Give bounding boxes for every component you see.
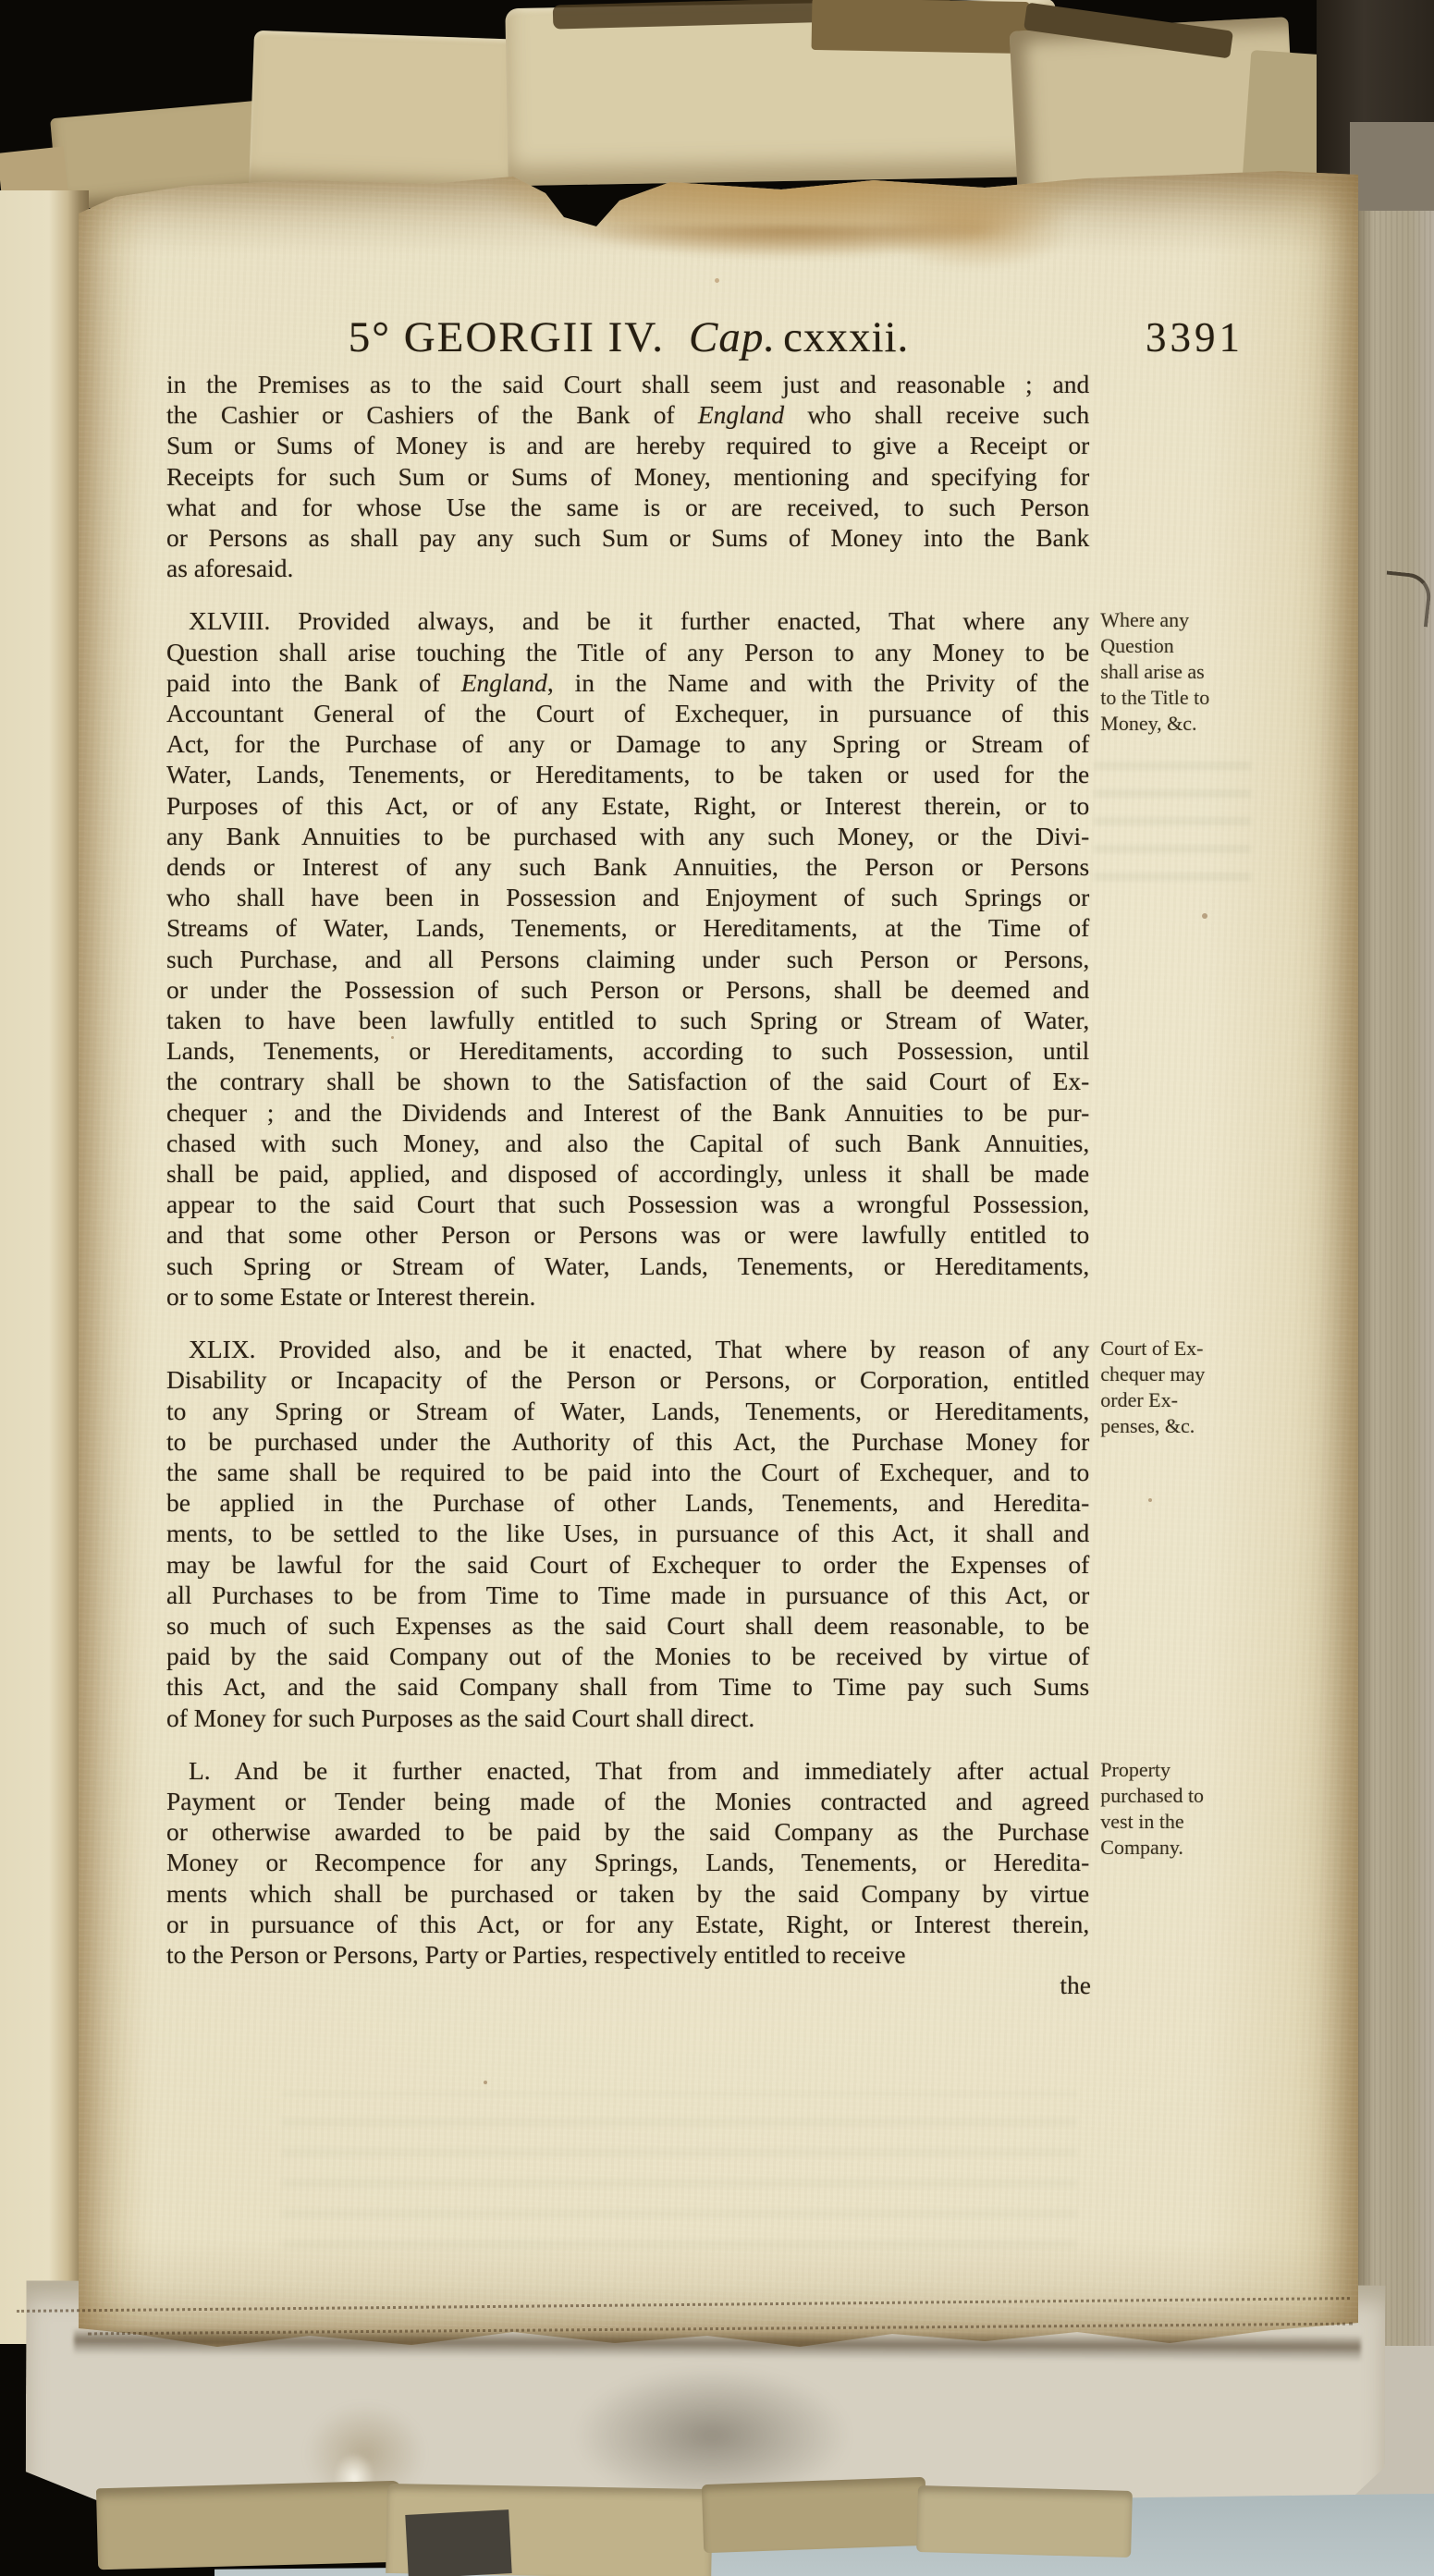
text-line: to the Person or Persons, Party or Parti… <box>166 1939 1089 1970</box>
text-line: Disability or Incapacity of the Person o… <box>166 1364 1089 1395</box>
text-line: or under the Possession of such Person o… <box>166 974 1089 1005</box>
text-line: Accountant General of the Court of Exche… <box>166 698 1089 728</box>
text-line: Question shall arise touching the Title … <box>166 637 1089 667</box>
text-line: XLVIII. Provided always, and be it furth… <box>166 605 1089 636</box>
text-line: ments which shall be purchased or taken … <box>166 1878 1089 1909</box>
text-line: the contrary shall be shown to the Satis… <box>166 1066 1089 1096</box>
text-line: to be purchased under the Authority of t… <box>166 1426 1089 1457</box>
text-line: or to some Estate or Interest therein. <box>166 1281 1089 1312</box>
running-header: 5° GEORGII IV.Cap.cxxxii. 3391 <box>166 306 1244 365</box>
water-stain-rim <box>493 226 1085 267</box>
text-line: vest in the <box>1100 1809 1244 1835</box>
text-line: the Cashier or Cashiers of the Bank of E… <box>166 399 1089 430</box>
margin-note <box>1100 369 1244 583</box>
text-line: chequer ; and the Dividends and Interest… <box>166 1097 1089 1128</box>
text-line: of Money for such Purposes as the said C… <box>166 1703 1089 1733</box>
text-line: be applied in the Purchase of other Land… <box>166 1487 1089 1518</box>
chapter-numeral: cxxxii. <box>783 313 909 361</box>
text-line: to any Spring or Stream of Water, Lands,… <box>166 1396 1089 1426</box>
act-section-continuation: in the Premises as to the said Court sha… <box>166 369 1244 583</box>
document-page: 5° GEORGII IV.Cap.cxxxii. 3391 in the Pr… <box>79 169 1358 2347</box>
margin-note: Where anyQuestionshall arise asto the Ti… <box>1100 605 1244 1312</box>
book-photograph: { "document": { "header": { "regnal": "5… <box>0 0 1434 2576</box>
text-line: Sum or Sums of Money is and are hereby r… <box>166 430 1089 460</box>
text-line: may be lawful for the said Court of Exch… <box>166 1549 1089 1580</box>
text-line: as aforesaid. <box>166 553 1089 583</box>
chapter-abbrev: Cap. <box>689 313 776 361</box>
page-number: 3391 <box>1146 313 1244 361</box>
text-line: Act, for the Purchase of any or Damage t… <box>166 728 1089 759</box>
regnal-year: 5° GEORGII IV. <box>349 313 665 361</box>
text-line: any Bank Annuities to be purchased with … <box>166 821 1089 851</box>
text-line: taken to have been lawfully entitled to … <box>166 1005 1089 1035</box>
paper-speck <box>715 278 719 283</box>
text-line: who shall have been in Possession and En… <box>166 882 1089 912</box>
text-line: Where any <box>1100 607 1244 633</box>
text-line: so much of such Expenses as the said Cou… <box>166 1610 1089 1641</box>
page-block-edge <box>1352 211 1434 2346</box>
text-line: paid into the Bank of England, in the Na… <box>166 667 1089 698</box>
text-line: all Purchases to be from Time to Time ma… <box>166 1580 1089 1610</box>
text-line: ments, to be settled to the like Uses, i… <box>166 1518 1089 1548</box>
section-text: XLVIII. Provided always, and be it furth… <box>166 605 1089 1312</box>
facing-page-edge <box>0 190 89 2344</box>
text-line: appear to the said Court that such Posse… <box>166 1189 1089 1219</box>
page-content: 5° GEORGII IV.Cap.cxxxii. 3391 in the Pr… <box>166 306 1244 2000</box>
text-line: or otherwise awarded to be paid by the s… <box>166 1816 1089 1847</box>
margin-note: Propertypurchased tovest in theCompany. <box>1100 1755 1244 1970</box>
text-line: chequer may <box>1100 1361 1244 1387</box>
text-line: Company. <box>1100 1835 1244 1861</box>
text-line: order Ex- <box>1100 1387 1244 1413</box>
text-line: Water, Lands, Tenements, or Hereditament… <box>166 759 1089 789</box>
bleed-through <box>282 2092 1077 2249</box>
text-line: Property <box>1100 1757 1244 1783</box>
section-text: XLIX. Provided also, and be it enacted, … <box>166 1334 1089 1733</box>
text-line: shall be paid, applied, and disposed of … <box>166 1158 1089 1189</box>
margin-note: Court of Ex-chequer mayorder Ex-penses, … <box>1100 1334 1244 1733</box>
text-line: in the Premises as to the said Court sha… <box>166 369 1089 399</box>
torn-page-fragment <box>916 2485 1133 2558</box>
act-text: in the Premises as to the said Court sha… <box>166 369 1244 1970</box>
text-line: this Act, and the said Company shall fro… <box>166 1671 1089 1702</box>
header-title: 5° GEORGII IV.Cap.cxxxii. <box>166 313 1091 361</box>
act-section-l: L. And be it further enacted, That from … <box>166 1755 1244 1970</box>
text-line: Payment or Tender being made of the Moni… <box>166 1786 1089 1816</box>
text-line: such Spring or Stream of Water, Lands, T… <box>166 1251 1089 1281</box>
text-line: purchased to <box>1100 1783 1244 1809</box>
torn-page-fragment <box>96 2481 403 2570</box>
text-line: chased with such Money, and also the Cap… <box>166 1128 1089 1158</box>
text-line: Money or Recompence for any Springs, Lan… <box>166 1847 1089 1877</box>
text-line: Court of Ex- <box>1100 1336 1244 1361</box>
text-line: Question <box>1100 633 1244 659</box>
paper-speck <box>484 2081 487 2084</box>
text-line: or Persons as shall pay any such Sum or … <box>166 522 1089 553</box>
text-line: such Purchase, and all Persons claiming … <box>166 944 1089 974</box>
text-line: Purposes of this Act, or of any Estate, … <box>166 790 1089 821</box>
text-line: and that some other Person or Persons wa… <box>166 1219 1089 1250</box>
text-line: Streams of Water, Lands, Tenements, or H… <box>166 912 1089 943</box>
text-line: dends or Interest of any such Bank Annui… <box>166 851 1089 882</box>
section-text: in the Premises as to the said Court sha… <box>166 369 1089 583</box>
text-line: Lands, Tenements, or Hereditaments, acco… <box>166 1035 1089 1066</box>
text-line: the same shall be required to be paid in… <box>166 1457 1089 1487</box>
text-line: Receipts for such Sum or Sums of Money, … <box>166 461 1089 492</box>
text-line: L. And be it further enacted, That from … <box>166 1755 1089 1786</box>
act-section-xlix: XLIX. Provided also, and be it enacted, … <box>166 1334 1244 1733</box>
section-text: L. And be it further enacted, That from … <box>166 1755 1089 1970</box>
text-line: paid by the said Company out of the Moni… <box>166 1641 1089 1671</box>
text-line: penses, &c. <box>1100 1413 1244 1439</box>
text-line: Money, &c. <box>1100 711 1244 737</box>
text-line: what and for whose Use the same is or ar… <box>166 492 1089 522</box>
torn-page-fragment-dark <box>405 2509 511 2576</box>
text-line: or in pursuance of this Act, or for any … <box>166 1909 1089 1939</box>
torn-page-fragment <box>249 31 536 200</box>
text-line: to the Title to <box>1100 685 1244 711</box>
act-section-xlviii: XLVIII. Provided always, and be it furth… <box>166 605 1244 1312</box>
text-line: XLIX. Provided also, and be it enacted, … <box>166 1334 1089 1364</box>
catchword: the <box>166 1970 1091 2000</box>
book-edge-top-right <box>1350 122 1434 224</box>
text-line: shall arise as <box>1100 659 1244 685</box>
torn-page-fragment <box>812 0 1030 54</box>
torn-page-fragment <box>702 2477 927 2553</box>
